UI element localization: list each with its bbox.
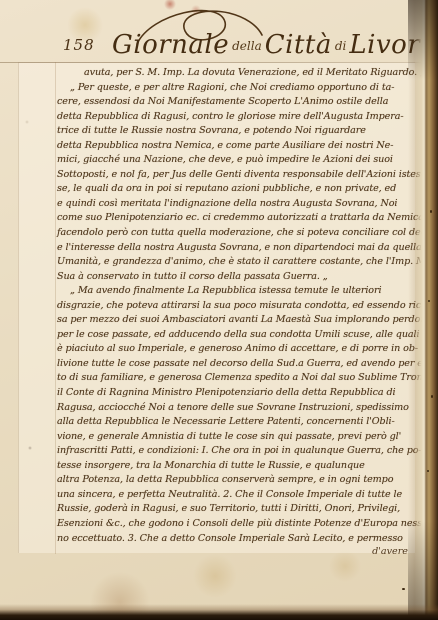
manuscript-line: vione, e generale Amnistia di tutte le c… bbox=[57, 430, 419, 445]
manuscript-line: se, le quali da ora in poi si reputano a… bbox=[57, 182, 419, 197]
title-word: Giornale bbox=[112, 30, 229, 60]
manuscript-line: è piaciuto al suo Imperiale, e generoso … bbox=[57, 342, 419, 357]
manuscript-line: Ragusa, acciocché Noi a tenore delle sue… bbox=[57, 401, 419, 416]
catchword: d'avere bbox=[372, 546, 408, 557]
manuscript-line: una sincera, e perfetta Neutralità. 2. C… bbox=[57, 488, 419, 503]
manuscript-line-text: per le cose passate, ed adducendo della … bbox=[57, 329, 419, 340]
manuscript-line-text: Ragusa, acciocché Noi a tenore delle sue… bbox=[57, 402, 409, 413]
manuscript-line: e quindi così meritata l'indignazione de… bbox=[57, 197, 419, 212]
manuscript-line-text: „ Per queste, e per altre Ragioni, che N… bbox=[70, 82, 394, 93]
title-connector: della bbox=[232, 39, 262, 53]
title-connector: di bbox=[335, 39, 347, 53]
manuscript-line-text: e quindi così meritata l'indignazione de… bbox=[57, 198, 397, 209]
manuscript-line: altra Potenza, la detta Repubblica conse… bbox=[57, 473, 419, 488]
manuscript-line: detta Repubblica di Ragusi, contro le gl… bbox=[57, 110, 419, 125]
manuscript-line: no eccettuato. 3. Che a detto Console Im… bbox=[57, 532, 419, 547]
manuscript-line-text: avuta, per S. M. Imp. La dovuta Venerazi… bbox=[84, 67, 425, 78]
manuscript-line-text: come suo Plenipotenziario ec. ci credemm… bbox=[57, 212, 427, 223]
manuscript-line: sa per mezzo dei suoi Ambasciatori avant… bbox=[57, 313, 419, 328]
manuscript-line-text: to di sua familiare, e generosa Clemenza… bbox=[57, 372, 428, 383]
page-edge-right bbox=[408, 0, 438, 620]
manuscript-line: e l'interesse della nostra Augusta Sovra… bbox=[57, 241, 419, 256]
manuscript-line: livione tutte le cose passate nel decors… bbox=[57, 357, 419, 372]
manuscript-line: facendolo però con tutta quella moderazi… bbox=[57, 226, 419, 241]
manuscript-line: Russie, goderà in Ragusi, e suo Territor… bbox=[57, 502, 419, 517]
manuscript-line: Sua à conservato in tutto il corso della… bbox=[57, 270, 419, 285]
manuscript-line-text: vione, e generale Amnistia di tutte le c… bbox=[57, 431, 401, 442]
horizontal-rule bbox=[0, 62, 438, 63]
manuscript-line-text: è piaciuto al suo Imperiale, e generoso … bbox=[57, 343, 418, 354]
manuscript-line-text: cere, essendosi da Noi Manifestamente Sc… bbox=[57, 96, 388, 107]
manuscript-line-text: mici, giacché una Nazione, che deve, e p… bbox=[57, 154, 393, 165]
manuscript-line-text: „ Ma avendo finalmente La Repubblica ist… bbox=[70, 285, 381, 296]
manuscript-line-text: Russie, goderà in Ragusi, e suo Territor… bbox=[57, 503, 400, 514]
manuscript-line-text: disgrazie, che poteva attirarsi la sua p… bbox=[57, 300, 434, 311]
page-edge-bottom bbox=[0, 604, 438, 620]
manuscript-line-text: e l'interesse della nostra Augusta Sovra… bbox=[57, 242, 422, 253]
manuscript-line: to di sua familiare, e generosa Clemenza… bbox=[57, 371, 419, 386]
manuscript-line-text: se, le quali da ora in poi si reputano a… bbox=[57, 183, 396, 194]
manuscript-line: „ Ma avendo finalmente La Repubblica ist… bbox=[57, 284, 419, 299]
margin-line bbox=[55, 62, 56, 554]
manuscript-line-text: altra Potenza, la detta Repubblica conse… bbox=[57, 474, 393, 485]
manuscript-line: Umanità, e grandezza d'animo, che è stat… bbox=[57, 255, 419, 270]
manuscript-text-block: avuta, per S. M. Imp. La dovuta Venerazi… bbox=[57, 66, 419, 546]
manuscript-line-text: tesse insorgere, tra la Monarchia di tut… bbox=[57, 460, 365, 471]
manuscript-page: 158 GiornaledellaCittàdiLivorno avuta, p… bbox=[0, 0, 438, 620]
manuscript-line-text: livione tutte le cose passate nel decors… bbox=[57, 358, 438, 369]
manuscript-line-text: alla detta Repubblica le Necessarie Lett… bbox=[57, 416, 395, 427]
manuscript-line-text: Esenzioni &c., che godono i Consoli dell… bbox=[57, 518, 431, 529]
manuscript-line: mici, giacché una Nazione, che deve, e p… bbox=[57, 153, 419, 168]
manuscript-line-text: no eccettuato. 3. Che a detto Console Im… bbox=[57, 533, 403, 544]
manuscript-line: il Conte di Ragnina Ministro Plenipotenz… bbox=[57, 386, 419, 401]
title-word: Città bbox=[265, 30, 332, 60]
manuscript-line: alla detta Repubblica le Necessarie Lett… bbox=[57, 415, 419, 430]
manuscript-line: Esenzioni &c., che godono i Consoli dell… bbox=[57, 517, 419, 532]
manuscript-line: trice di tutte le Russie nostra Sovrana,… bbox=[57, 124, 419, 139]
manuscript-line: cere, essendosi da Noi Manifestamente Sc… bbox=[57, 95, 419, 110]
manuscript-line-text: infrascritti Patti, e condizioni: I. Che… bbox=[57, 445, 422, 456]
manuscript-line: infrascritti Patti, e condizioni: I. Che… bbox=[57, 444, 419, 459]
manuscript-line: „ Per queste, e per altre Ragioni, che N… bbox=[57, 81, 419, 96]
manuscript-line-text: detta Repubblica nostra Nemica, e come p… bbox=[57, 140, 393, 151]
manuscript-line-text: Sottoposti, e nol fa, per Jus delle Gent… bbox=[57, 169, 424, 180]
manuscript-line-text: una sincera, e perfetta Neutralità. 2. C… bbox=[57, 489, 402, 500]
manuscript-line: avuta, per S. M. Imp. La dovuta Venerazi… bbox=[57, 66, 419, 81]
manuscript-line-text: Umanità, e grandezza d'animo, che è stat… bbox=[57, 256, 429, 267]
manuscript-line-text: detta Repubblica di Ragusi, contro le gl… bbox=[57, 111, 403, 122]
manuscript-line-text: sa per mezzo dei suoi Ambasciatori avant… bbox=[57, 314, 432, 325]
manuscript-line: detta Repubblica nostra Nemica, e come p… bbox=[57, 139, 419, 154]
page-title: GiornaledellaCittàdiLivorno bbox=[112, 30, 438, 60]
manuscript-line: Sottoposti, e nol fa, per Jus delle Gent… bbox=[57, 168, 419, 183]
manuscript-line: come suo Plenipotenziario ec. ci credemm… bbox=[57, 211, 419, 226]
manuscript-line: tesse insorgere, tra la Monarchia di tut… bbox=[57, 459, 419, 474]
manuscript-line-text: il Conte di Ragnina Ministro Plenipotenz… bbox=[57, 387, 395, 398]
manuscript-line-text: Sua à conservato in tutto il corso della… bbox=[57, 271, 328, 282]
manuscript-line: disgrazie, che poteva attirarsi la sua p… bbox=[57, 299, 419, 314]
manuscript-line-text: trice di tutte le Russie nostra Sovrana,… bbox=[57, 125, 366, 136]
manuscript-line-text: facendolo però con tutta quella moderazi… bbox=[57, 227, 438, 238]
manuscript-line: per le cose passate, ed adducendo della … bbox=[57, 328, 419, 343]
page-number: 158 bbox=[63, 36, 95, 54]
